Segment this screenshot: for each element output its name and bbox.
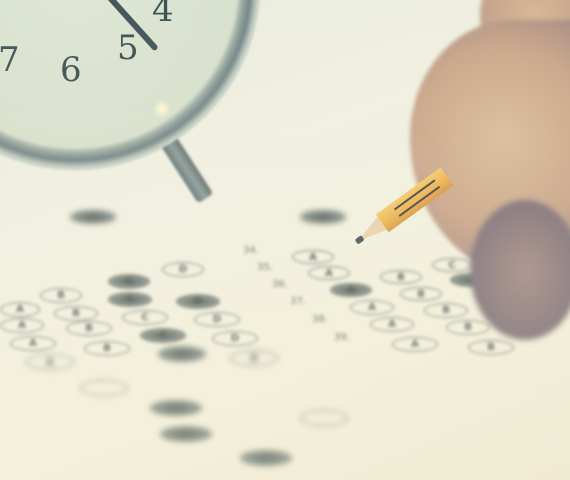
answer-bubble: A bbox=[370, 317, 414, 332]
answer-bubble: B bbox=[424, 303, 468, 318]
clock-numeral: 7 bbox=[0, 40, 20, 80]
answer-bubble: A bbox=[292, 250, 334, 264]
answer-bubble: B bbox=[400, 287, 442, 301]
clock-glint bbox=[156, 103, 168, 115]
question-number: 37. bbox=[290, 296, 306, 307]
answer-bubble: C bbox=[432, 258, 472, 272]
clock-numeral: 6 bbox=[60, 50, 82, 90]
answer-bubble: A bbox=[350, 300, 394, 315]
clock-numeral: 4 bbox=[152, 0, 174, 30]
question-number: 34. bbox=[243, 245, 259, 256]
answer-bubble: A bbox=[392, 337, 438, 352]
question-number: 39. bbox=[334, 332, 350, 343]
answer-bubble: A bbox=[308, 266, 350, 280]
clock-numeral: 5 bbox=[117, 28, 139, 68]
question-number: 36. bbox=[272, 279, 288, 290]
question-number: 35. bbox=[257, 262, 273, 273]
knuckle bbox=[470, 200, 570, 340]
question-number: 38. bbox=[312, 314, 328, 325]
answer-bubble: B bbox=[446, 320, 490, 335]
answer-bubble: B bbox=[380, 270, 422, 284]
photo-scene: B C D A B C D A B C D A B C D A D 34. 35… bbox=[0, 0, 570, 480]
answer-bubble-being-filled: A bbox=[330, 283, 372, 297]
answer-bubble: B bbox=[468, 340, 514, 355]
